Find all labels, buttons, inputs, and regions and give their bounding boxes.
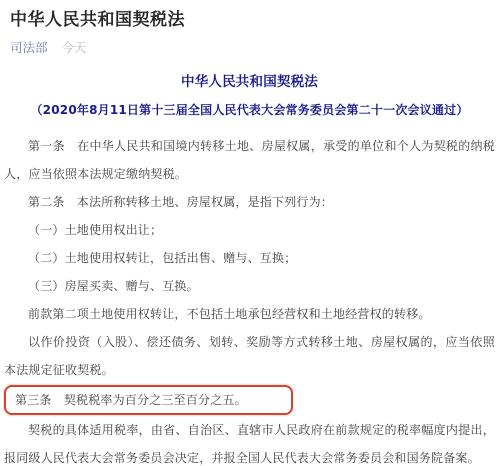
article-paragraph: （三）房屋买卖、赠与、互换。 (4, 272, 495, 300)
article-header: 中华人民共和国契税法 司法部 今天 (0, 0, 499, 56)
publish-time: 今天 (62, 40, 87, 55)
article-subtitle: （2020年8月11日第十三届全国人民代表大会常务委员会第二十一次会议通过） (4, 100, 495, 120)
paragraph-group-before: 第一条 在中华人民共和国境内转移土地、房屋权属，承受的单位和个人为契税的纳税人，… (4, 132, 495, 384)
article-text: 第一条 在中华人民共和国境内转移土地、房屋权属，承受的单位和个人为契税的纳税人，… (4, 132, 495, 466)
article-meta: 司法部 今天 (10, 39, 489, 56)
paragraph-group-after: 契税的具体适用税率，由省、自治区、直辖市人民政府在前款规定的税率幅度内提出，报同… (4, 416, 495, 466)
article-paragraph: （一）土地使用权出让； (4, 216, 495, 244)
article-paragraph: 以作价投资（入股）、偿还债务、划转、奖励等方式转移土地、房屋权属的，应当依照本法… (4, 328, 495, 384)
article-title: 中华人民共和国契税法 (4, 72, 495, 92)
account-name-link[interactable]: 司法部 (10, 40, 48, 55)
article-page: 中华人民共和国契税法 司法部 今天 中华人民共和国契税法 （2020年8月11日… (0, 0, 499, 466)
article-paragraph: 前款第二项土地使用权转让，不包括土地承包经营权和土地经营权的转移。 (4, 300, 495, 328)
article-body: 中华人民共和国契税法 （2020年8月11日第十三届全国人民代表大会常务委员会第… (0, 72, 499, 466)
highlight-box: 第三条 契税税率为百分之三至百分之五。 (4, 385, 293, 415)
highlighted-article-text: 第三条 契税税率为百分之三至百分之五。 (15, 393, 247, 407)
page-title: 中华人民共和国契税法 (10, 9, 489, 31)
article-paragraph: 契税的具体适用税率，由省、自治区、直辖市人民政府在前款规定的税率幅度内提出，报同… (4, 416, 495, 466)
article-paragraph: 第一条 在中华人民共和国境内转移土地、房屋权属，承受的单位和个人为契税的纳税人，… (4, 132, 495, 188)
article-paragraph: 第二条 本法所称转移土地、房屋权属，是指下列行为： (4, 188, 495, 216)
article-paragraph: （二）土地使用权转让，包括出售、赠与、互换； (4, 244, 495, 272)
